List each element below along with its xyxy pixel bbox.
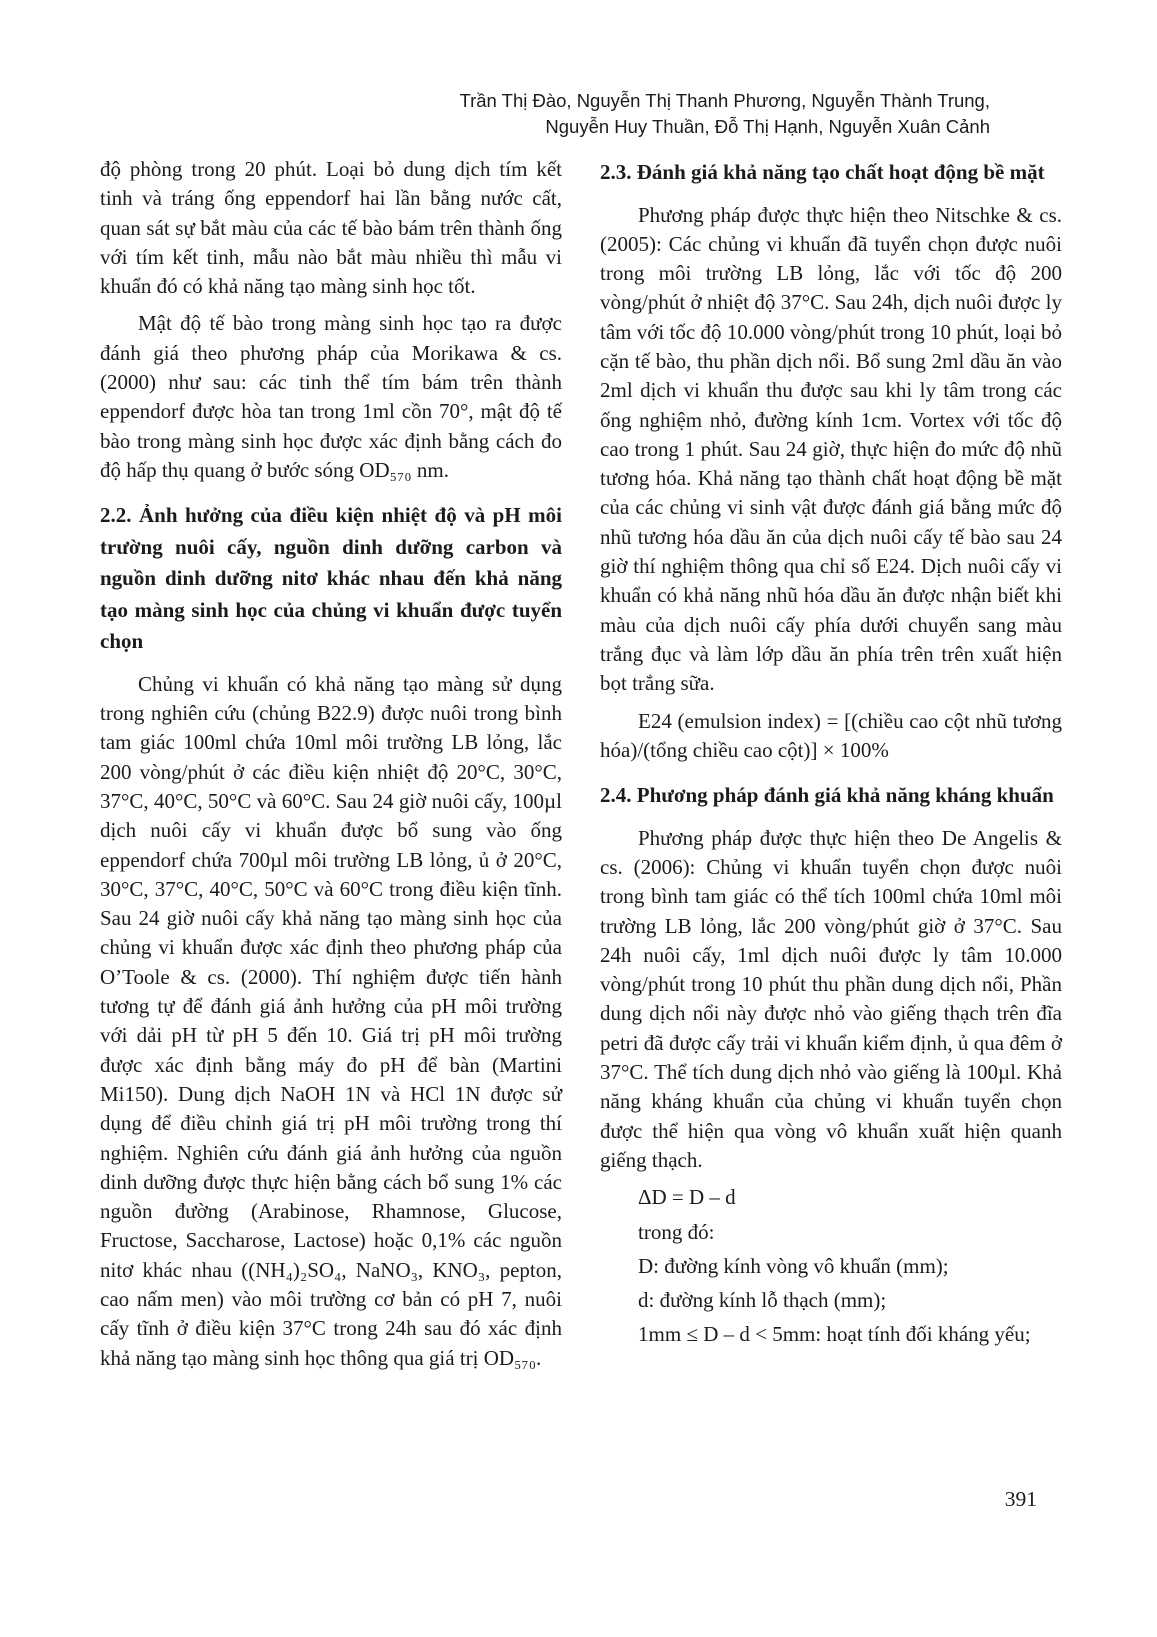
paragraph-crystal-violet: độ phòng trong 20 phút. Loại bỏ dung dịc… [100, 155, 562, 301]
paragraph-antibacterial-method: Phương pháp được thực hiện theo De Angel… [600, 824, 1062, 1176]
page-number: 391 [1005, 1487, 1037, 1512]
definition-weak-antagonism: 1mm ≤ D – d < 5mm: hoạt tính đối kháng y… [600, 1320, 1062, 1349]
two-column-body: độ phòng trong 20 phút. Loại bỏ dung dịc… [100, 155, 1063, 1381]
paragraph-biofilm-conditions: Chủng vi khuẩn có khả năng tạo màng sử d… [100, 670, 562, 1373]
section-heading-2-3: 2.3. Đánh giá khả năng tạo chất hoạt độn… [600, 157, 1062, 189]
section-heading-2-2: 2.2. Ảnh hưởng của điều kiện nhiệt độ và… [100, 500, 562, 658]
paragraph-surfactant-method: Phương pháp được thực hiện theo Nitschke… [600, 201, 1062, 699]
paper-page: Trần Thị Đào, Nguyễn Thị Thanh Phương, N… [0, 0, 1157, 1637]
right-column: 2.3. Đánh giá khả năng tạo chất hoạt độn… [600, 155, 1062, 1381]
authors-header: Trần Thị Đào, Nguyễn Thị Thanh Phương, N… [100, 88, 990, 140]
formula-delta-d: ΔD = D – d [600, 1183, 1062, 1212]
definition-capital-d: D: đường kính vòng vô khuẩn (mm); [600, 1252, 1062, 1281]
paragraph-cell-density: Mật độ tế bào trong màng sinh học tạo ra… [100, 309, 562, 485]
section-heading-2-4: 2.4. Phương pháp đánh giá khả năng kháng… [600, 780, 1062, 812]
authors-line-1: Trần Thị Đào, Nguyễn Thị Thanh Phương, N… [100, 88, 990, 114]
definition-small-d: d: đường kính lỗ thạch (mm); [600, 1286, 1062, 1315]
left-column: độ phòng trong 20 phút. Loại bỏ dung dịc… [100, 155, 562, 1381]
authors-line-2: Nguyễn Huy Thuần, Đỗ Thị Hạnh, Nguyễn Xu… [100, 114, 990, 140]
formula-where-label: trong đó: [600, 1218, 1062, 1247]
paragraph-e24-formula: E24 (emulsion index) = [(chiều cao cột n… [600, 707, 1062, 766]
